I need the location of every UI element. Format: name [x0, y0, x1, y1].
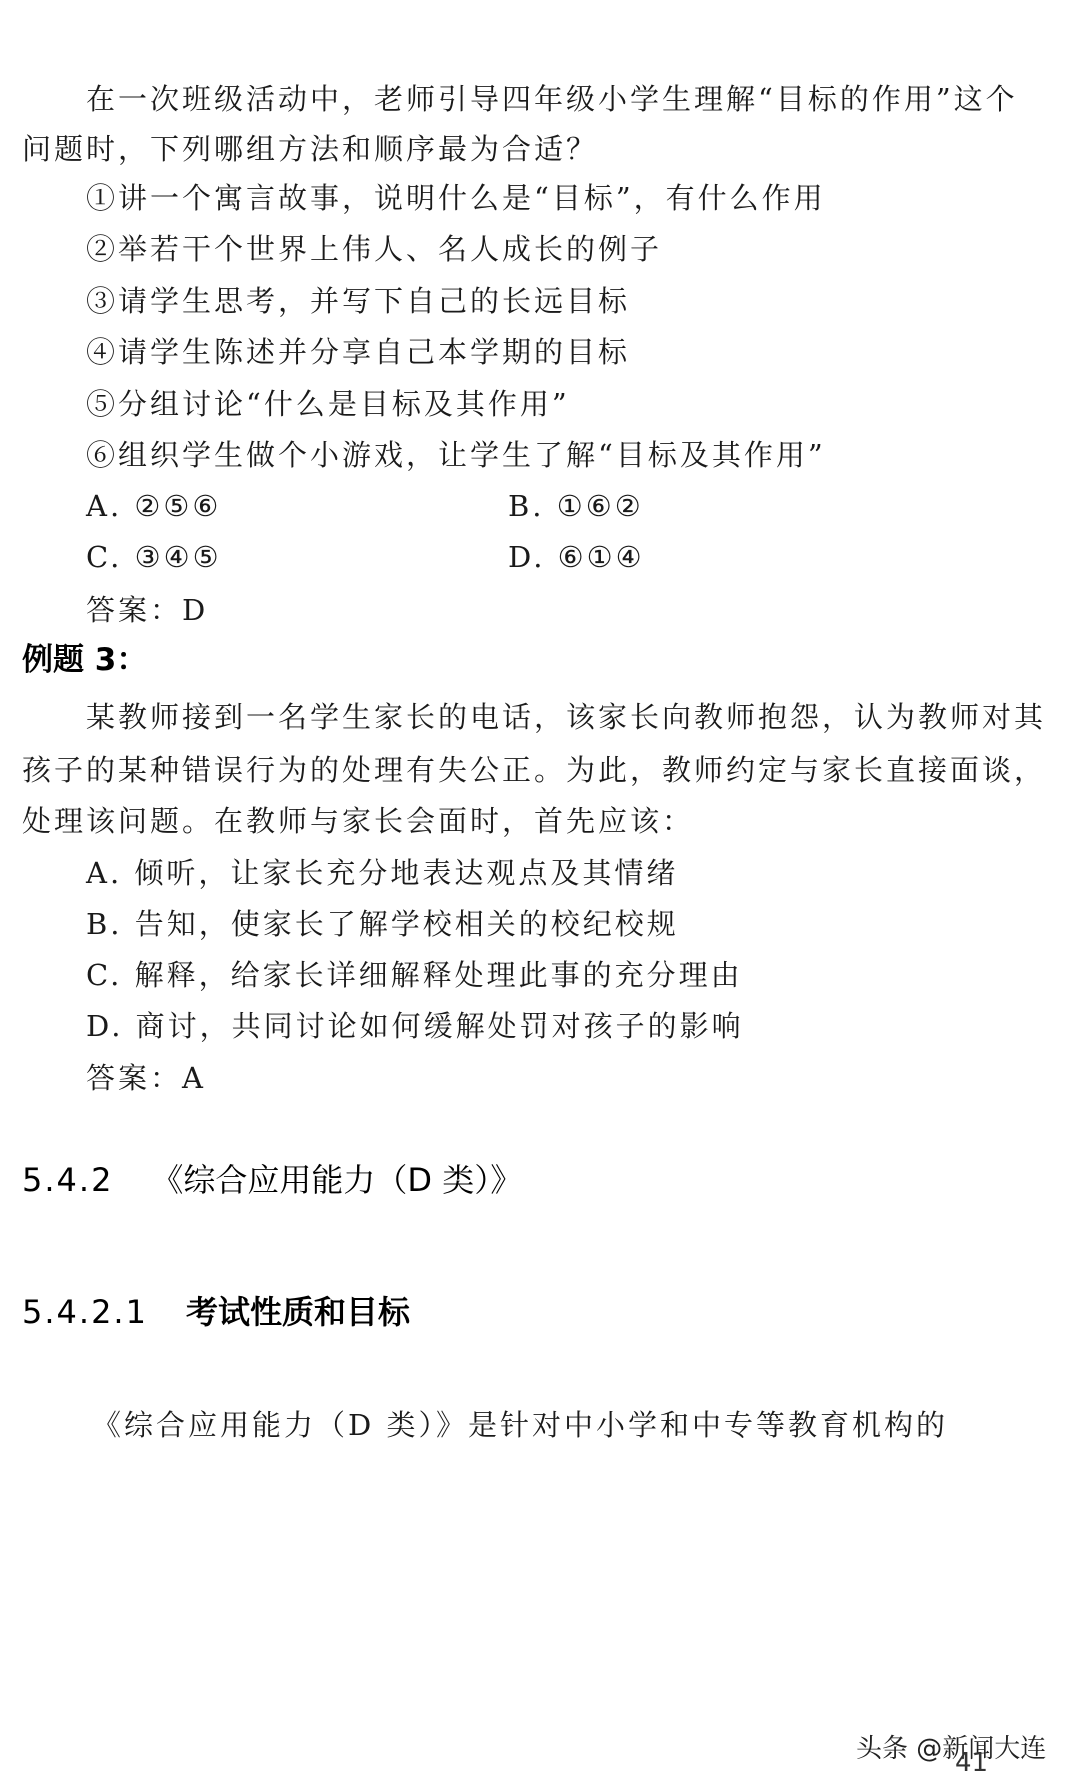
- option-d: D. ⑥①④: [508, 537, 645, 577]
- method-item-4: ④请学生陈述并分享自己本学期的目标: [86, 332, 630, 372]
- section-heading-5-4-2: 5.4.2《综合应用能力（D 类）》: [22, 1158, 522, 1202]
- section-number: 5.4.2.1: [22, 1290, 148, 1334]
- section-title: 《综合应用能力（D 类）》: [151, 1161, 522, 1199]
- section-heading-5-4-2-1: 5.4.2.1考试性质和目标: [22, 1290, 410, 1334]
- example-3-answer: 答案：A: [86, 1058, 206, 1098]
- body-paragraph: 《综合应用能力（D 类）》是针对中小学和中专等教育机构的: [92, 1405, 948, 1445]
- example-3-heading: 例题 3：: [22, 640, 147, 680]
- method-item-3: ③请学生思考，并写下自己的长远目标: [86, 281, 630, 321]
- method-item-6: ⑥组织学生做个小游戏，让学生了解“目标及其作用”: [86, 435, 826, 475]
- page-number: 41: [955, 1748, 988, 1778]
- example-3-option-c: C. 解释，给家长详细解释处理此事的充分理由: [86, 955, 743, 995]
- example-3-option-d: D. 商讨，共同讨论如何缓解处罚对孩子的影响: [86, 1006, 744, 1046]
- example-3-stem-line-2: 孩子的某种错误行为的处理有失公正。为此，教师约定与家长直接面谈，: [22, 750, 1046, 790]
- example-3-option-a: A. 倾听，让家长充分地表达观点及其情绪: [86, 853, 678, 893]
- method-item-2: ②举若干个世界上伟人、名人成长的例子: [86, 229, 662, 269]
- example-3-option-b: B. 告知，使家长了解学校相关的校纪校规: [86, 904, 679, 944]
- question-stem-line-1: 在一次班级活动中，老师引导四年级小学生理解“目标的作用”这个: [86, 79, 1018, 119]
- watermark: 头条 @新闻大连: [856, 1728, 1046, 1765]
- example-3-stem-line-1: 某教师接到一名学生家长的电话，该家长向教师抱怨，认为教师对其: [86, 697, 1046, 737]
- method-item-1: ①讲一个寓言故事，说明什么是“目标”，有什么作用: [86, 178, 826, 218]
- example-3-stem-line-3: 处理该问题。在教师与家长会面时，首先应该：: [22, 801, 694, 841]
- section-title: 考试性质和目标: [186, 1293, 410, 1331]
- method-item-5: ⑤分组讨论“什么是目标及其作用”: [86, 384, 570, 424]
- option-a: A. ②⑤⑥: [86, 486, 221, 526]
- option-b: B. ①⑥②: [508, 486, 644, 526]
- question-stem-line-2: 问题时，下列哪组方法和顺序最为合适？: [22, 129, 598, 169]
- section-number: 5.4.2: [22, 1158, 113, 1202]
- answer-text: 答案：D: [86, 590, 208, 630]
- option-c: C. ③④⑤: [86, 537, 222, 577]
